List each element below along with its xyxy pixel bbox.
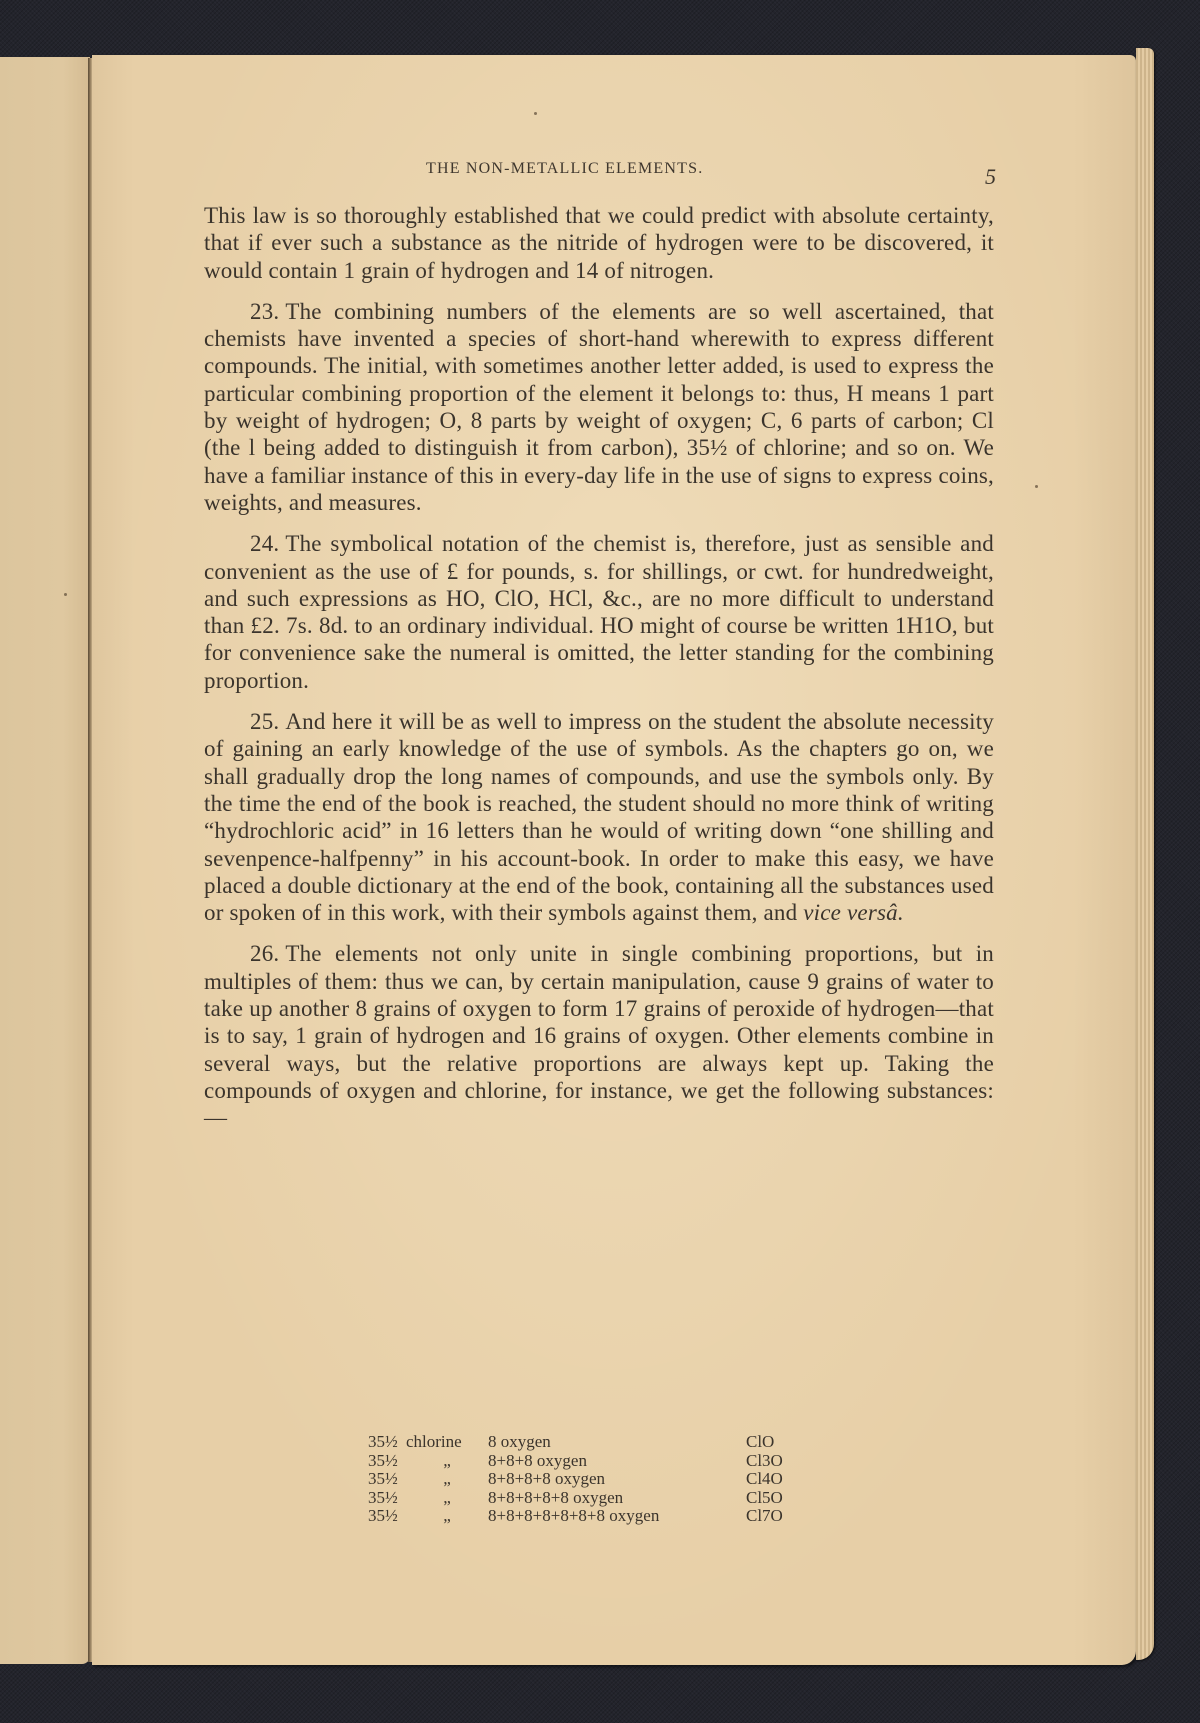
formula: Cl5O (746, 1489, 816, 1508)
element-name: chlorine (406, 1433, 488, 1452)
table-row: 35½ chlorine 8 oxygen ClO (368, 1433, 816, 1452)
chlorine-amount: 35½ (368, 1452, 406, 1471)
paper-speck (1035, 485, 1038, 488)
paragraph-text: The elements not only unite in single co… (204, 941, 994, 1130)
ditto-mark: „ (406, 1489, 488, 1508)
paragraph-number: 24. (250, 530, 279, 557)
oxygen-proportion: 8 oxygen (488, 1433, 746, 1452)
paragraph-25: 25.And here it will be as well to impres… (204, 708, 994, 926)
paragraph-text: This law is so thoroughly established th… (204, 203, 994, 283)
paragraph-number: 23. (250, 298, 279, 325)
paragraph-text: The combining numbers of the elements ar… (204, 299, 994, 515)
ditto-mark: „ (406, 1470, 488, 1489)
paper-speck (64, 593, 67, 596)
chlorine-amount: 35½ (368, 1470, 406, 1489)
left-facing-page (0, 57, 90, 1664)
chlorine-oxygen-table: 35½ chlorine 8 oxygen ClO 35½ „ 8+8+8 ox… (368, 1433, 816, 1526)
oxygen-proportion: 8+8+8 oxygen (488, 1452, 746, 1471)
table-row: 35½ „ 8+8+8+8+8+8+8 oxygen Cl7O (368, 1507, 816, 1526)
table-row: 35½ „ 8+8+8+8 oxygen Cl4O (368, 1470, 816, 1489)
chlorine-amount: 35½ (368, 1507, 406, 1526)
page-number: 5 (985, 164, 996, 190)
formula: Cl4O (746, 1470, 816, 1489)
paragraph-text: The symbolical notation of the chemist i… (204, 531, 994, 692)
ditto-mark: „ (406, 1507, 488, 1526)
table-row: 35½ „ 8+8+8 oxygen Cl3O (368, 1452, 816, 1471)
formula: Cl3O (746, 1452, 816, 1471)
formula: Cl7O (746, 1507, 816, 1526)
paragraph-26: 26.The elements not only unite in single… (204, 940, 994, 1131)
paragraph-number: 26. (250, 940, 279, 967)
oxygen-proportion: 8+8+8+8+8 oxygen (488, 1489, 746, 1508)
paragraph-23: 23.The combining numbers of the elements… (204, 298, 994, 516)
paper-speck (534, 112, 537, 115)
chlorine-amount: 35½ (368, 1433, 406, 1452)
oxygen-proportion: 8+8+8+8+8+8+8 oxygen (488, 1507, 746, 1526)
running-head: THE NON-METALLIC ELEMENTS. 5 (204, 160, 994, 188)
chlorine-amount: 35½ (368, 1489, 406, 1508)
paragraph-24: 24.The symbolical notation of the chemis… (204, 530, 994, 694)
page-text-block: THE NON-METALLIC ELEMENTS. 5 This law is… (204, 160, 994, 1146)
oxygen-proportion: 8+8+8+8 oxygen (488, 1470, 746, 1489)
paragraph-number: 25. (250, 708, 279, 735)
ditto-mark: „ (406, 1452, 488, 1471)
page-fore-edge (1136, 48, 1154, 1660)
paragraph-continuation: This law is so thoroughly established th… (204, 202, 994, 284)
paragraph-text: And here it will be as well to impress o… (204, 709, 994, 925)
running-title: THE NON-METALLIC ELEMENTS. (426, 160, 703, 178)
italic-phrase: vice versâ. (803, 900, 904, 925)
formula: ClO (746, 1433, 816, 1452)
table-row: 35½ „ 8+8+8+8+8 oxygen Cl5O (368, 1489, 816, 1508)
